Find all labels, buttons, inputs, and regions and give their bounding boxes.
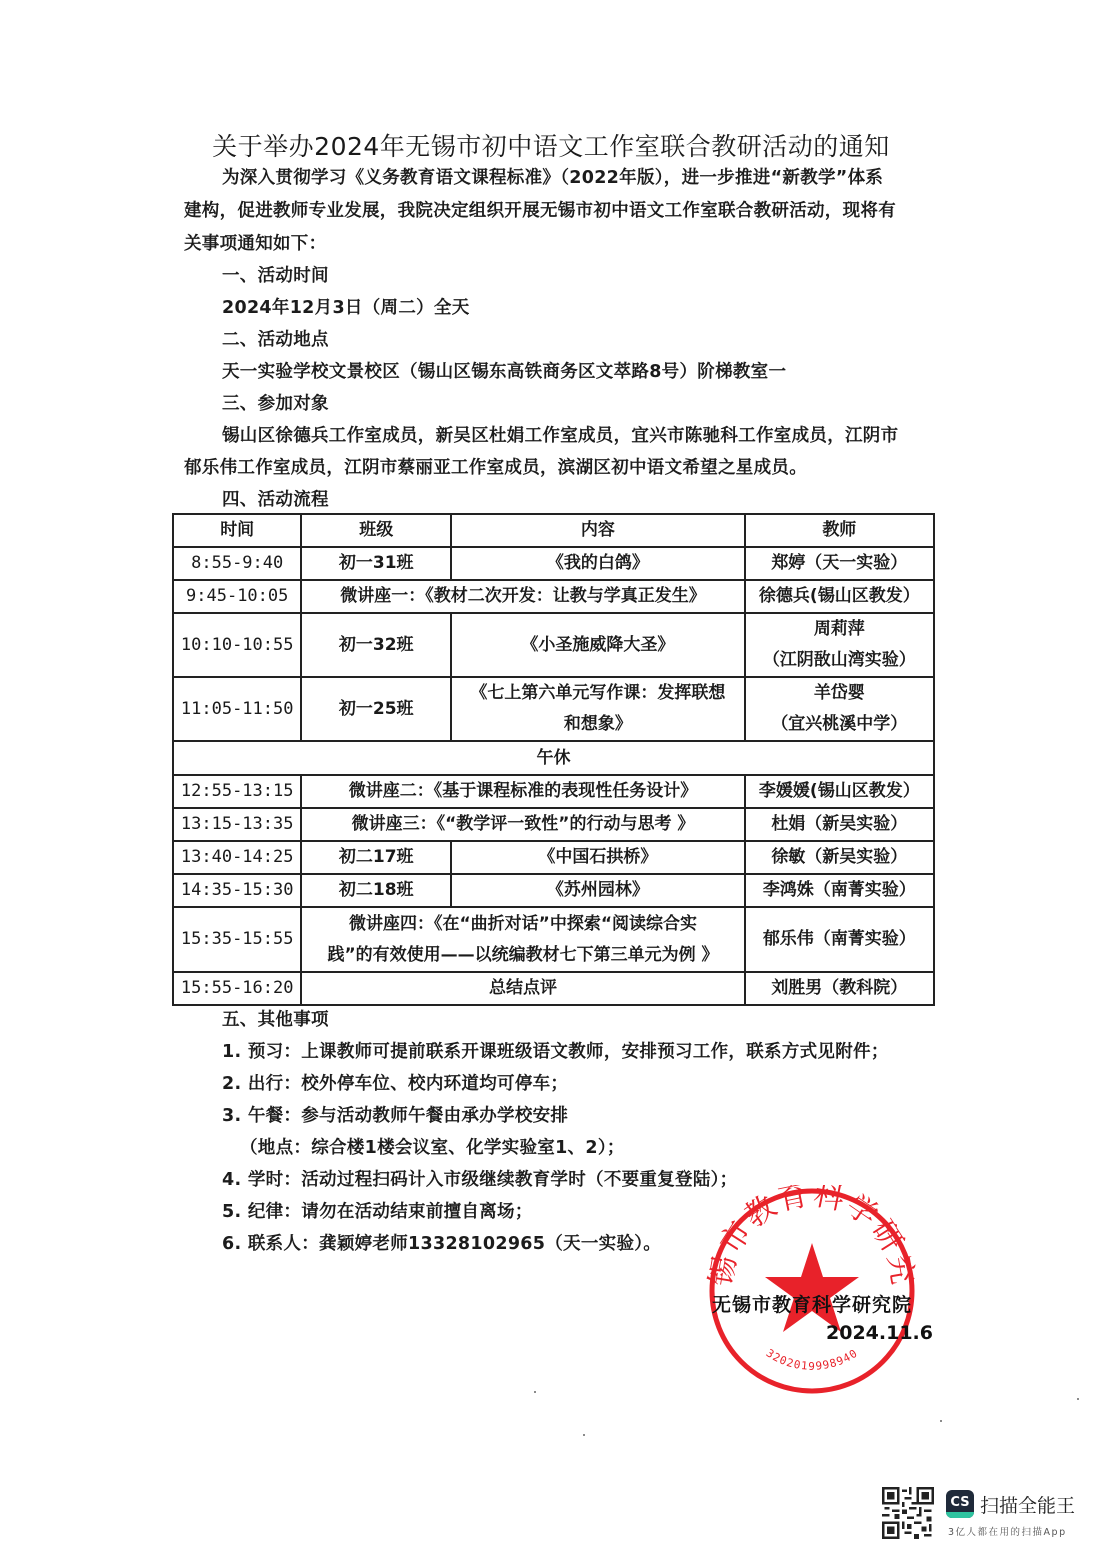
- column-header-content: 内容: [451, 514, 745, 547]
- cell-teacher: 刘胜男（教科院）: [745, 972, 934, 1005]
- cell-time: 15:55-16:20: [173, 972, 301, 1005]
- cell-content: 《我的白鸽》: [451, 547, 745, 580]
- participants-line-1: 锡山区徐德兵工作室成员，新吴区杜娟工作室成员，宜兴市陈驰科工作室成员，江阴市: [222, 420, 898, 453]
- cell-class: 初一31班: [301, 547, 451, 580]
- table-row: 14:35-15:30 初二18班 《苏州园林》 李鸿姝（南菁实验）: [173, 874, 934, 907]
- svg-text:3202019998940: 3202019998940: [764, 1346, 861, 1372]
- section-schedule-heading: 四、活动流程: [222, 484, 329, 517]
- other-item-4: 4. 学时：活动过程扫码计入市级继续教育学时（不要重复登陆）；: [222, 1164, 737, 1197]
- cell-content: 《七上第六单元写作课：发挥联想 和想象》: [451, 677, 745, 741]
- schedule-table: 时间 班级 内容 教师 8:55-9:40 初一31班 《我的白鸽》 郑婷（天一…: [172, 513, 935, 1006]
- cell-time: 12:55-13:15: [173, 775, 301, 808]
- section-time-content: 2024年12月3日（周二）全天: [222, 292, 470, 325]
- column-header-time: 时间: [173, 514, 301, 547]
- teacher-affiliation: （宜兴桃溪中学）: [750, 709, 929, 740]
- table-row: 15:35-15:55 微讲座四：《在“曲折对话”中探索“阅读综合实 践”的有效…: [173, 907, 934, 972]
- table-row: 9:45-10:05 微讲座一：《教材二次开发：让教与学真正发生》 徐德兵(锡山…: [173, 580, 934, 613]
- other-item-3: 3. 午餐：参与活动教师午餐由承办学校安排: [222, 1100, 568, 1133]
- cell-class: 初一32班: [301, 613, 451, 677]
- section-location-content: 天一实验学校文景校区（锡山区锡东高铁商务区文萃路8号）阶梯教室一: [222, 356, 786, 389]
- table-header-row: 时间 班级 内容 教师: [173, 514, 934, 547]
- document-title: 关于举办2024年无锡市初中语文工作室联合教研活动的通知: [0, 127, 1102, 163]
- cell-time: 13:40-14:25: [173, 841, 301, 874]
- cell-content: 微讲座一：《教材二次开发：让教与学真正发生》: [301, 580, 744, 613]
- other-item-5: 5. 纪律：请勿在活动结束前擅自离场；: [222, 1196, 533, 1229]
- section-participants-heading: 三、参加对象: [222, 388, 329, 421]
- content-line-2: 践”的有效使用——以统编教材七下第三单元为例 》: [306, 940, 739, 971]
- scanner-watermark: CS 扫描全能王 3亿人都在用的扫描App: [882, 1487, 1092, 1543]
- table-row: 13:40-14:25 初二17班 《中国石拱桥》 徐敏（新吴实验）: [173, 841, 934, 874]
- signature-org: 无锡市教育科学研究院: [712, 1290, 912, 1317]
- cell-teacher: 羊岱婴 （宜兴桃溪中学）: [745, 677, 934, 741]
- table-row: 8:55-9:40 初一31班 《我的白鸽》 郑婷（天一实验）: [173, 547, 934, 580]
- scan-speck: [534, 1391, 536, 1393]
- other-item-6: 6. 联系人：龚颖婷老师13328102965（天一实验）。: [222, 1228, 661, 1261]
- cell-content: 微讲座四：《在“曲折对话”中探索“阅读综合实 践”的有效使用——以统编教材七下第…: [301, 907, 744, 972]
- qr-code-icon: [882, 1487, 934, 1539]
- column-header-teacher: 教师: [745, 514, 934, 547]
- cell-content: 微讲座二：《基于课程标准的表现性任务设计》: [301, 775, 744, 808]
- document-page: 关于举办2024年无锡市初中语文工作室联合教研活动的通知 为深入贯彻学习《义务教…: [0, 0, 1102, 1559]
- section-other-heading: 五、其他事项: [222, 1004, 329, 1037]
- cell-content: 《中国石拱桥》: [451, 841, 745, 874]
- cell-teacher: 徐敏（新吴实验）: [745, 841, 934, 874]
- other-item-3-detail: （地点：综合楼1楼会议室、化学实验室1、2）；: [240, 1132, 625, 1165]
- content-line-1: 微讲座四：《在“曲折对话”中探索“阅读综合实: [306, 909, 739, 940]
- camscanner-logo-icon: CS: [946, 1490, 974, 1518]
- intro-line-2: 建构，促进教师专业发展，我院决定组织开展无锡市初中语文工作室联合教研活动，现将有: [184, 195, 896, 228]
- cell-teacher: 郑婷（天一实验）: [745, 547, 934, 580]
- cell-time: 8:55-9:40: [173, 547, 301, 580]
- cell-content: 《苏州园林》: [451, 874, 745, 907]
- cell-time: 10:10-10:55: [173, 613, 301, 677]
- content-line-1: 《七上第六单元写作课：发挥联想: [456, 678, 740, 709]
- cell-teacher: 李鸿姝（南菁实验）: [745, 874, 934, 907]
- table-row: 13:15-13:35 微讲座三：《“教学评一致性”的行动与思考 》 杜娟（新吴…: [173, 808, 934, 841]
- camscanner-slogan: 3亿人都在用的扫描App: [948, 1524, 1067, 1538]
- participants-line-2: 郁乐伟工作室成员，江阴市蔡丽亚工作室成员，滨湖区初中语文希望之星成员。: [184, 452, 807, 485]
- table-row-break: 午休: [173, 741, 934, 775]
- table-row: 15:55-16:20 总结点评 刘胜男（教科院）: [173, 972, 934, 1005]
- camscanner-app-name: 扫描全能王: [980, 1491, 1075, 1518]
- other-item-1: 1. 预习：上课教师可提前联系开课班级语文教师，安排预习工作，联系方式见附件；: [222, 1036, 889, 1069]
- section-location-heading: 二、活动地点: [222, 324, 329, 357]
- scan-speck: [1077, 1398, 1079, 1400]
- cell-teacher: 周莉萍 （江阴敔山湾实验）: [745, 613, 934, 677]
- cell-class: 初二17班: [301, 841, 451, 874]
- cell-teacher: 郁乐伟（南菁实验）: [745, 907, 934, 972]
- cell-class: 初一25班: [301, 677, 451, 741]
- table-row: 11:05-11:50 初一25班 《七上第六单元写作课：发挥联想 和想象》 羊…: [173, 677, 934, 741]
- cell-time: 11:05-11:50: [173, 677, 301, 741]
- teacher-name: 周莉萍: [750, 614, 929, 645]
- scan-speck: [940, 1420, 942, 1422]
- cell-class: 初二18班: [301, 874, 451, 907]
- scan-speck: [583, 1434, 585, 1436]
- column-header-class: 班级: [301, 514, 451, 547]
- table-row: 12:55-13:15 微讲座二：《基于课程标准的表现性任务设计》 李媛媛(锡山…: [173, 775, 934, 808]
- cell-teacher: 杜娟（新吴实验）: [745, 808, 934, 841]
- cell-time: 15:35-15:55: [173, 907, 301, 972]
- table-row: 10:10-10:55 初一32班 《小圣施威降大圣》 周莉萍 （江阴敔山湾实验…: [173, 613, 934, 677]
- teacher-name: 羊岱婴: [750, 678, 929, 709]
- teacher-affiliation: （江阴敔山湾实验）: [750, 645, 929, 676]
- cell-time: 13:15-13:35: [173, 808, 301, 841]
- cell-time: 9:45-10:05: [173, 580, 301, 613]
- cell-teacher: 李媛媛(锡山区教发）: [745, 775, 934, 808]
- cell-teacher: 徐德兵(锡山区教发）: [745, 580, 934, 613]
- other-item-2: 2. 出行：校外停车位、校内环道均可停车；: [222, 1068, 568, 1101]
- intro-line-3: 关事项通知如下：: [184, 228, 326, 261]
- intro-line-1: 为深入贯彻学习《义务教育语文课程标准》（2022年版），进一步推进“新教学”体系: [222, 162, 883, 195]
- cell-content: 总结点评: [301, 972, 744, 1005]
- cell-lunch-break: 午休: [173, 741, 934, 775]
- cell-content: 《小圣施威降大圣》: [451, 613, 745, 677]
- content-line-2: 和想象》: [456, 709, 740, 740]
- cell-time: 14:35-15:30: [173, 874, 301, 907]
- cell-content: 微讲座三：《“教学评一致性”的行动与思考 》: [301, 808, 744, 841]
- signature-date: 2024.11.6: [826, 1322, 933, 1344]
- section-time-heading: 一、活动时间: [222, 260, 329, 293]
